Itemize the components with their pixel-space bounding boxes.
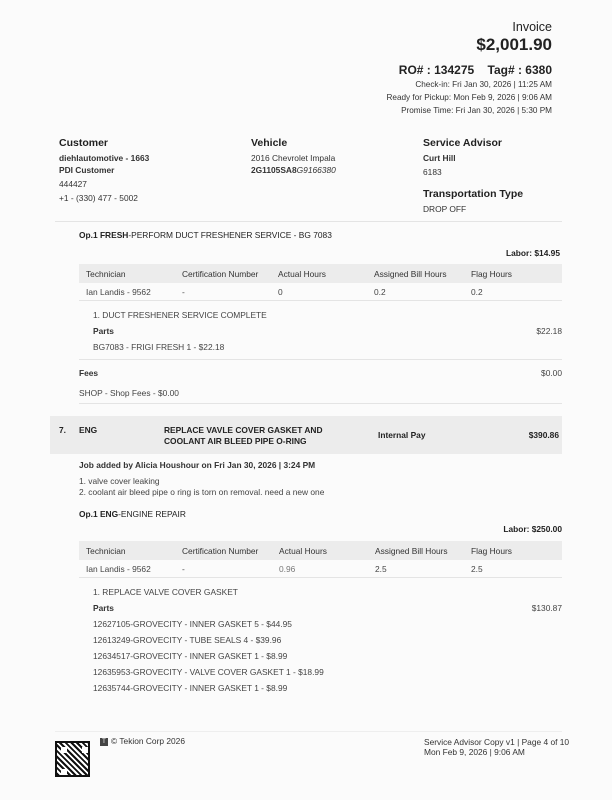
fee-item: SHOP - Shop Fees - $0.00: [79, 388, 179, 398]
col-assigned-bill-hours: Assigned Bill Hours: [375, 546, 448, 556]
customer-phone: +1 - (330) 477 - 5002: [59, 192, 149, 204]
copyright: T© Tekion Corp 2026: [100, 736, 185, 746]
printed-date: Mon Feb 9, 2026 | 9:06 AM: [424, 747, 525, 757]
op-eng-line-item: 1. REPLACE VALVE COVER GASKET: [93, 587, 238, 597]
col-actual-hours: Actual Hours: [278, 269, 326, 279]
vehicle-section: Vehicle 2016 Chevrolet Impala 2G1105SA8G…: [251, 137, 336, 176]
job-pay-type: Internal Pay: [378, 430, 425, 440]
fees-label: Fees: [79, 368, 98, 378]
customer-heading: Customer: [59, 137, 149, 149]
op1-line-item: 1. DUCT FRESHENER SERVICE COMPLETE: [93, 310, 267, 320]
advisor-name: Curt Hill: [423, 152, 523, 164]
copyright-text: © Tekion Corp 2026: [111, 736, 185, 746]
ro-tag-number: RO# : 134275 Tag# : 6380: [399, 63, 552, 77]
part-item: 12613249-GROVECITY - TUBE SEALS 4 - $39.…: [93, 635, 281, 645]
flag-hours: 2.5: [471, 564, 483, 574]
certification-number: -: [182, 564, 185, 574]
op-eng-labor: Labor: $250.00: [503, 524, 562, 534]
vehicle-heading: Vehicle: [251, 137, 336, 149]
op1-parts-label: Parts: [93, 326, 114, 336]
invoice-total: $2,001.90: [476, 35, 552, 55]
concern-1: 1. valve cover leaking: [79, 476, 160, 486]
op-eng-code: Op.1 ENG: [79, 509, 118, 519]
col-certification: Certification Number: [182, 269, 258, 279]
document-title: Invoice: [512, 20, 552, 34]
part-item: 12635744-GROVECITY - INNER GASKET 1 - $8…: [93, 683, 287, 693]
vin-suffix: G9166380: [297, 165, 336, 175]
copy-info: Service Advisor Copy v1 | Page 4 of 10: [424, 737, 569, 747]
col-actual-hours: Actual Hours: [279, 546, 327, 556]
customer-section: Customer diehlautomotive - 1663 PDI Cust…: [59, 137, 149, 204]
col-technician: Technician: [86, 269, 126, 279]
job-code: ENG: [79, 425, 97, 435]
check-in-time: Check-in: Fri Jan 30, 2026 | 11:25 AM: [415, 80, 552, 89]
customer-name: diehlautomotive - 1663: [59, 152, 149, 164]
advisor-id: 6183: [423, 166, 523, 178]
customer-id: 444427: [59, 178, 149, 190]
col-flag-hours: Flag Hours: [471, 546, 512, 556]
col-technician: Technician: [86, 546, 126, 556]
job-title-line1: REPLACE VAVLE COVER GASKET AND: [164, 425, 323, 436]
job-title-line2: COOLANT AIR BLEED PIPE O-RING: [164, 436, 323, 447]
vehicle-description: 2016 Chevrolet Impala: [251, 152, 336, 164]
certification-number: -: [182, 287, 185, 297]
op-eng-title: Op.1 ENG-ENGINE REPAIR: [79, 509, 186, 519]
qr-code-icon: [55, 741, 90, 777]
transport-heading: Transportation Type: [423, 188, 523, 200]
job-title: REPLACE VAVLE COVER GASKET AND COOLANT A…: [164, 425, 323, 447]
ready-for-pickup-time: Ready for Pickup: Mon Feb 9, 2026 | 9:06…: [386, 93, 552, 102]
col-flag-hours: Flag Hours: [471, 269, 512, 279]
op1-description: -PERFORM DUCT FRESHENER SERVICE - BG 708…: [128, 230, 332, 240]
tekion-logo-icon: T: [100, 738, 108, 746]
flag-hours: 0.2: [471, 287, 483, 297]
job-number: 7.: [59, 425, 66, 435]
part-item: 12627105-GROVECITY - INNER GASKET 5 - $4…: [93, 619, 292, 629]
op-eng-parts-label: Parts: [93, 603, 114, 613]
promise-time: Promise Time: Fri Jan 30, 2026 | 5:30 PM: [401, 106, 552, 115]
op1-labor: Labor: $14.95: [506, 248, 560, 258]
customer-type: PDI Customer: [59, 164, 149, 176]
op-eng-description: -ENGINE REPAIR: [118, 509, 186, 519]
part-item: 12635953-GROVECITY - VALVE COVER GASKET …: [93, 667, 324, 677]
part-item: 12634517-GROVECITY - INNER GASKET 1 - $8…: [93, 651, 287, 661]
job-added-by: Job added by Alicia Houshour on Fri Jan …: [79, 460, 315, 470]
advisor-heading: Service Advisor: [423, 137, 523, 149]
concern-2: 2. coolant air bleed pipe o ring is torn…: [79, 487, 324, 497]
op1-title: Op.1 FRESH-PERFORM DUCT FRESHENER SERVIC…: [79, 230, 332, 240]
advisor-section: Service Advisor Curt Hill 6183 Transport…: [423, 137, 523, 215]
op1-part-item: BG7083 - FRIGI FRESH 1 - $22.18: [93, 342, 224, 352]
op1-parts-total: $22.18: [536, 326, 562, 336]
actual-hours: 0: [278, 287, 283, 297]
assigned-bill-hours: 0.2: [374, 287, 386, 297]
technician-name: Ian Landis - 9562: [86, 287, 151, 297]
col-assigned-bill-hours: Assigned Bill Hours: [374, 269, 447, 279]
fees-total: $0.00: [541, 368, 562, 378]
technician-name: Ian Landis - 9562: [86, 564, 151, 574]
assigned-bill-hours: 2.5: [375, 564, 387, 574]
vin-prefix: 2G1105SA8: [251, 165, 297, 175]
transport-value: DROP OFF: [423, 203, 523, 215]
col-certification: Certification Number: [182, 546, 258, 556]
actual-hours: 0.96: [279, 564, 295, 574]
op-eng-parts-total: $130.87: [532, 603, 562, 613]
op1-code: Op.1 FRESH: [79, 230, 128, 240]
job-amount: $390.86: [529, 430, 559, 440]
